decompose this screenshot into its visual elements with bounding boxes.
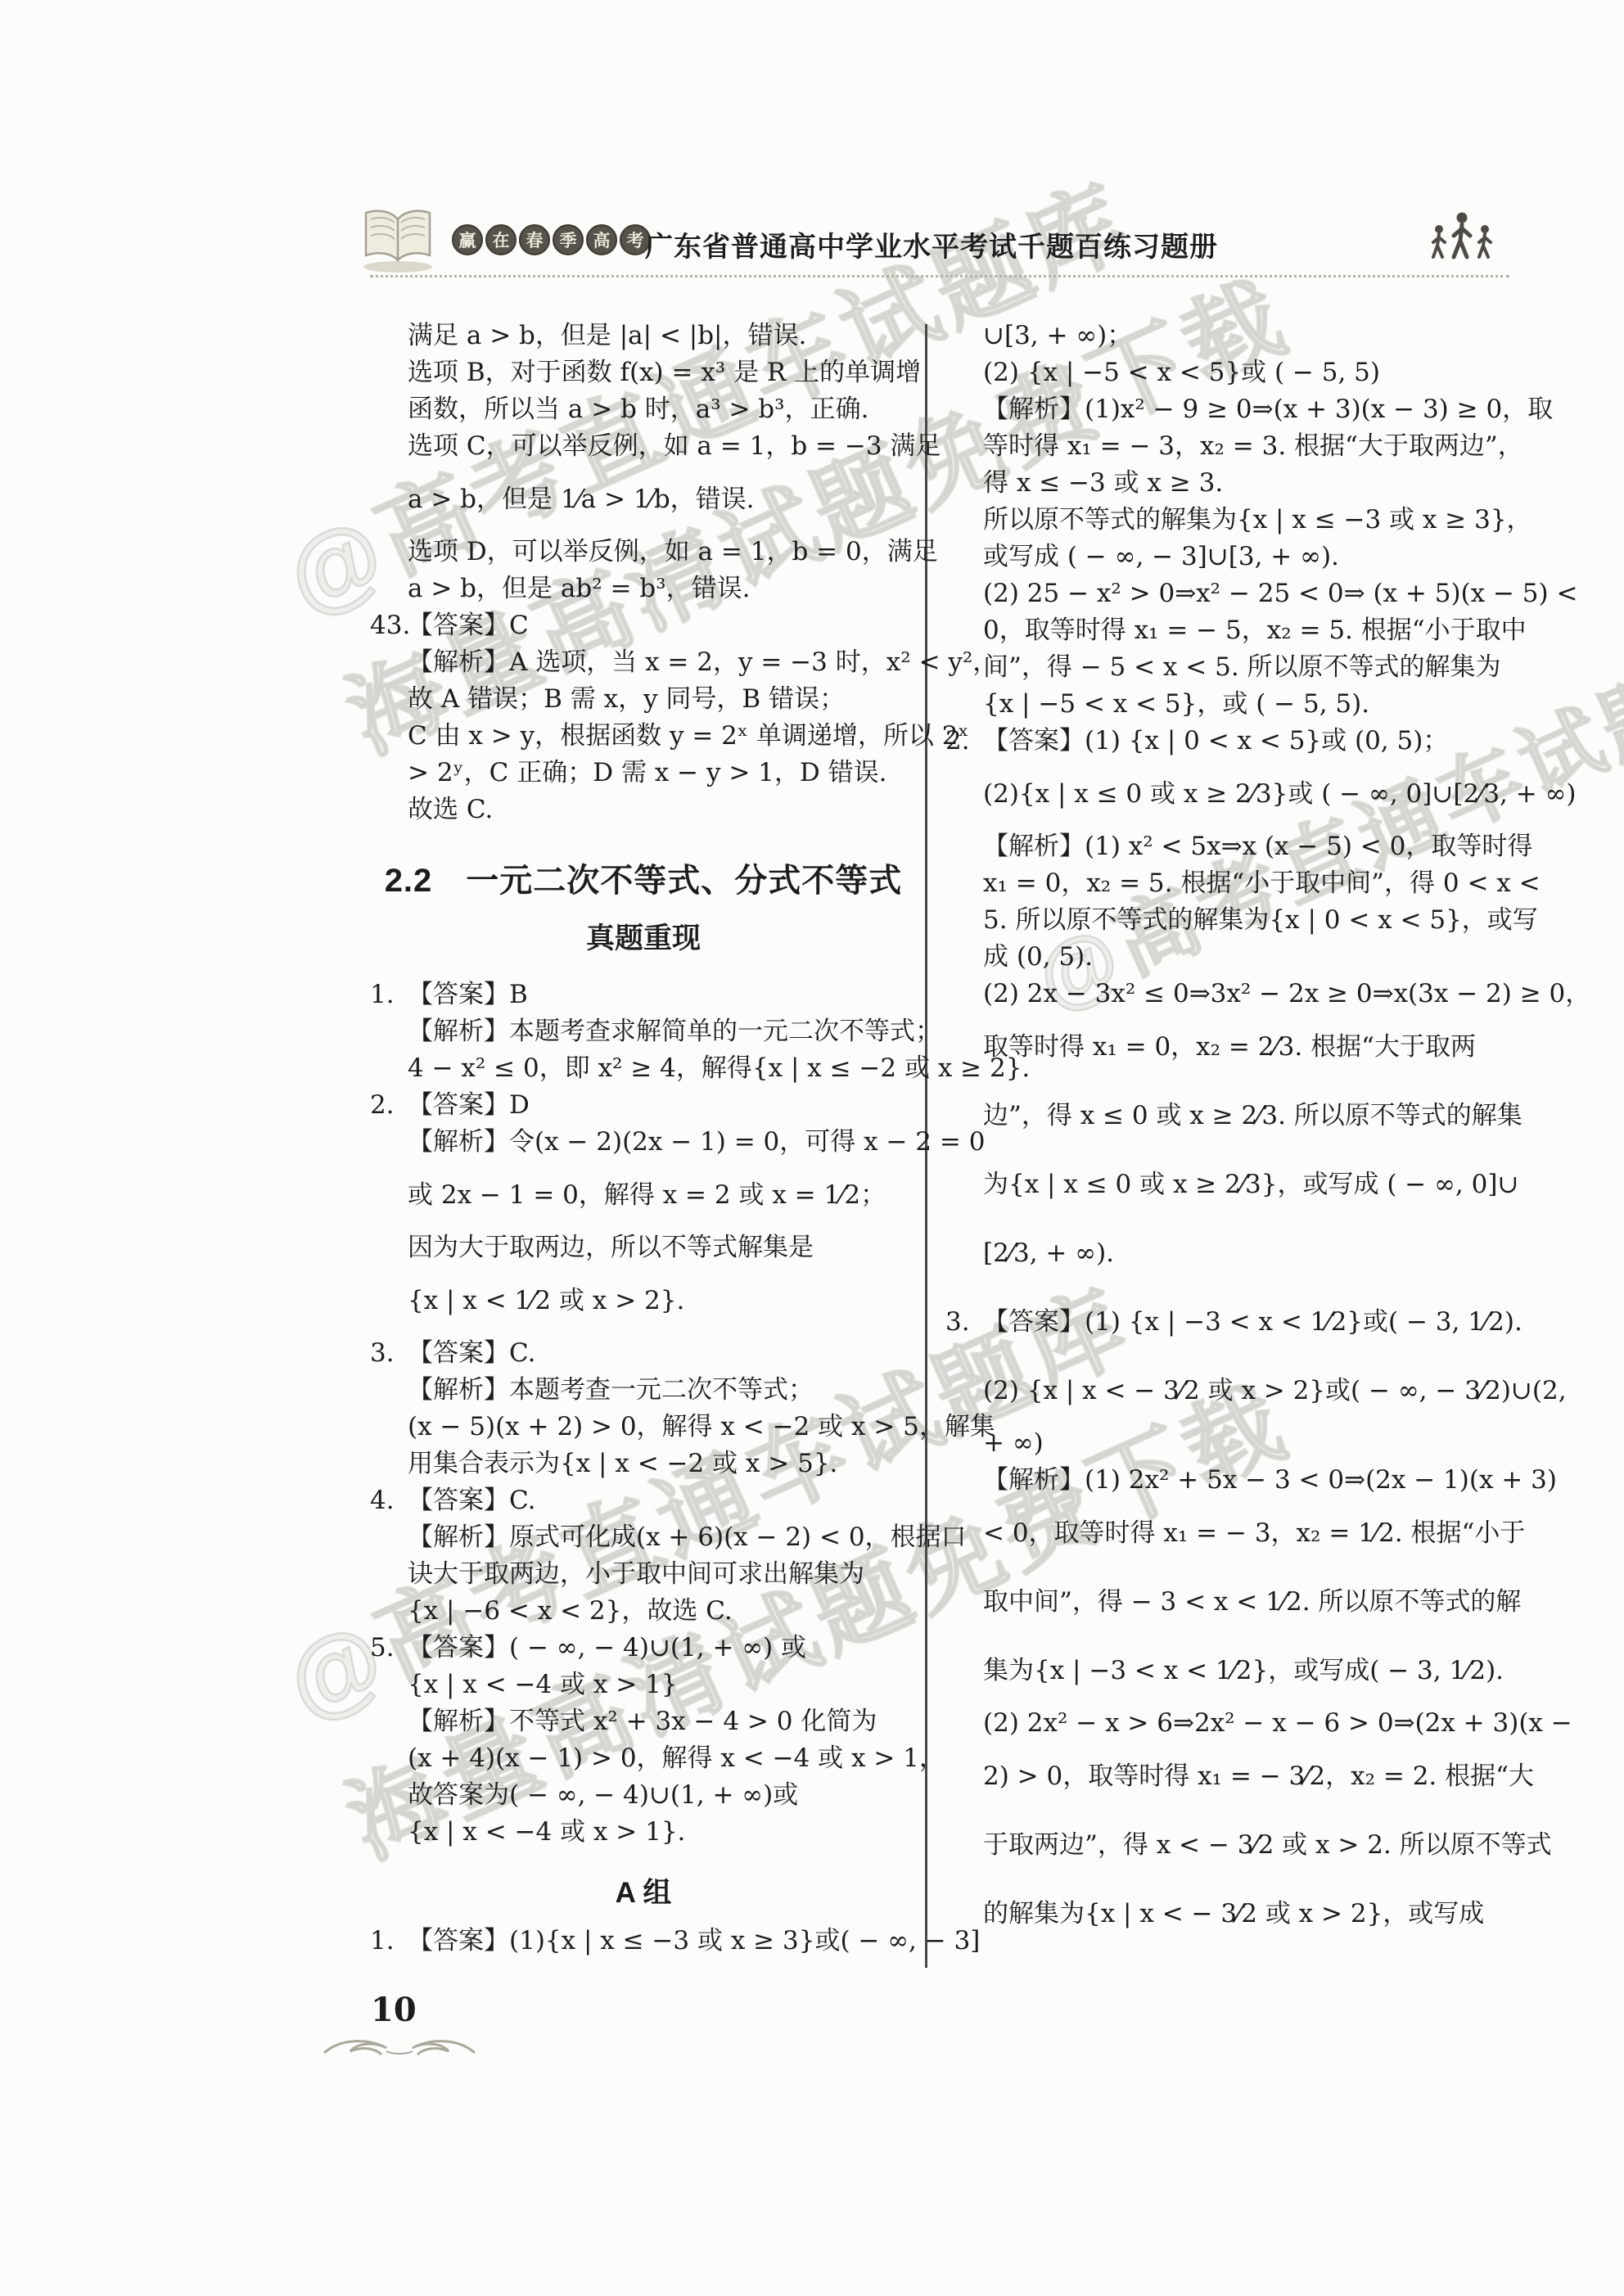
answer-line: 故答案为( − ∞, − 4)∪(1, + ∞)或 <box>370 1777 917 1814</box>
line-text: 间”，得 − 5 < x < 5. 所以原不等式的解集为 <box>983 652 1501 682</box>
answer-line: (2) 25 − x² > 0⇒x² − 25 < 0⇒ (x + 5)(x −… <box>945 575 1518 612</box>
line-text: 【答案】( − ∞, − 4)∪(1, + ∞) 或 <box>408 1633 806 1662</box>
answer-line: 取中间”，得 − 3 < x < 1⁄2. 所以原不等式的解 <box>945 1568 1518 1636</box>
line-text: C 由 x > y，根据函数 y = 2ˣ 单调递增，所以 2ˣ <box>408 721 969 751</box>
line-text: a > b，但是 1⁄a > 1⁄b，错误. <box>408 485 755 514</box>
answer-line: {x | x < 1⁄2 或 x > 2}. <box>370 1266 917 1335</box>
answer-line: 【解析】不等式 x² + 3x − 4 > 0 化简为 <box>370 1703 917 1740</box>
line-text: 的解集为{x | x < − 3⁄2 或 x > 2}，或写成 <box>983 1899 1484 1928</box>
line-text: {x | −6 < x < 2}，故选 C. <box>408 1596 733 1626</box>
line-text: (2) 2x − 3x² ≤ 0⇒3x² − 2x ≥ 0⇒x(3x − 2) … <box>983 979 1590 1008</box>
page-ornament-icon <box>318 2032 481 2066</box>
line-text: 【解析】(1) 2x² + 5x − 3 < 0⇒(2x − 1)(x + 3) <box>983 1465 1557 1495</box>
answer-line: < 0，取等时得 x₁ = − 3，x₂ = 1⁄2. 根据“小于 <box>945 1499 1518 1568</box>
item-number: 1. <box>370 1923 406 1960</box>
line-text: 边”，得 x ≤ 0 或 x ≥ 2⁄3. 所以原不等式的解集 <box>983 1101 1522 1130</box>
line-text: 或写成 ( − ∞, − 3]∪[3, + ∞). <box>983 542 1339 571</box>
line-text: ∪[3, + ∞)； <box>983 321 1132 350</box>
answer-line: 用集合表示为{x | x < −2 或 x > 5}. <box>370 1446 917 1482</box>
answer-line: a > b，但是 1⁄a > 1⁄b，错误. <box>370 465 917 534</box>
line-text: 得 x ≤ −3 或 x ≥ 3. <box>983 468 1223 498</box>
line-text: 取中间”，得 − 3 < x < 1⁄2. 所以原不等式的解 <box>983 1587 1521 1617</box>
answer-line: 或写成 ( − ∞, − 3]∪[3, + ∞). <box>945 539 1518 575</box>
answer-line: 1. 【答案】(1){x | x ≤ −3 或 x ≥ 3}或( − ∞, − … <box>370 1923 917 1960</box>
line-text: 4 − x² ≤ 0，即 x² ≥ 4，解得{x | x ≤ −2 或 x ≥ … <box>408 1053 1030 1083</box>
line-text: (2) 2x² − x > 6⇒2x² − x − 6 > 0⇒(2x + 3)… <box>983 1708 1572 1738</box>
answer-line: 函数，所以当 a > b 时，a³ > b³，正确. <box>370 391 917 428</box>
answer-line: 故选 C. <box>370 792 917 828</box>
answer-line: 【解析】本题考查一元二次不等式； <box>370 1372 917 1409</box>
answer-line: 所以原不等式的解集为{x | x ≤ −3 或 x ≥ 3}， <box>945 502 1518 539</box>
line-text: 【答案】(1) {x | −3 < x < 1⁄2}或( − 3, 1⁄2). <box>983 1307 1522 1337</box>
item-number: 2. <box>370 1087 406 1124</box>
answer-line: (2) {x | −5 < x < 5}或 ( − 5, 5) <box>945 354 1518 391</box>
line-text: x₁ = 0，x₂ = 5. 根据“小于取中间”，得 0 < x < <box>983 868 1541 898</box>
open-book-icon <box>360 206 435 275</box>
answer-line: 为{x | x ≤ 0 或 x ≥ 2⁄3}，或写成 ( − ∞, 0]∪ <box>945 1150 1518 1219</box>
line-text: 0，取等时得 x₁ = − 5，x₂ = 5. 根据“小于取中 <box>983 616 1527 645</box>
answer-line: 【解析】令(x − 2)(2x − 1) = 0，可得 x − 2 = 0 <box>370 1124 917 1161</box>
item-number: 4. <box>370 1482 406 1519</box>
series-badge: 季 <box>553 224 584 255</box>
line-text: (2) 25 − x² > 0⇒x² − 25 < 0⇒ (x + 5)(x −… <box>983 579 1577 608</box>
line-text: 【答案】B <box>408 980 528 1009</box>
right-column: ∪[3, + ∞)； (2) {x | −5 < x < 5}或 ( − 5, … <box>945 318 1518 1948</box>
answer-line: 3. 【答案】(1) {x | −3 < x < 1⁄2}或( − 3, 1⁄2… <box>945 1288 1518 1356</box>
answer-line: x₁ = 0，x₂ = 5. 根据“小于取中间”，得 0 < x < <box>945 865 1518 902</box>
answer-line: + ∞) <box>945 1425 1518 1462</box>
line-text: + ∞) <box>983 1428 1044 1458</box>
line-text: 【答案】C. <box>408 1338 535 1368</box>
answer-line: 2. 【答案】D <box>370 1087 917 1124</box>
line-text: 故选 C. <box>408 795 493 824</box>
answer-line: {x | −5 < x < 5}，或 ( − 5, 5). <box>945 686 1518 723</box>
answer-line: 故 A 错误；B 需 x，y 同号，B 错误； <box>370 681 917 718</box>
line-text: {x | −5 < x < 5}，或 ( − 5, 5). <box>983 689 1369 719</box>
exercise-answers: 1. 【答案】B 【解析】本题考查求解简单的一元二次不等式； 4 − x² ≤ … <box>370 977 917 1851</box>
line-text: a > b，但是 ab² = b³，错误. <box>408 574 750 603</box>
answer-line: 【解析】(1)x² − 9 ≥ 0⇒(x + 3)(x − 3) ≥ 0，取 <box>945 391 1518 428</box>
answer-line: 成 (0, 5). <box>945 939 1518 976</box>
left-column: 满足 a > b，但是 |a| < |b|，错误. 选项 B，对于函数 f(x)… <box>370 318 917 1960</box>
line-text: {x | x < −4 或 x > 1}. <box>408 1817 685 1847</box>
line-text: (x + 4)(x − 1) > 0，解得 x < −4 或 x > 1， <box>408 1743 945 1773</box>
answer-line: 的解集为{x | x < − 3⁄2 或 x > 2}，或写成 <box>945 1879 1518 1948</box>
answer-line: 选项 B，对于函数 f(x) = x³ 是 R 上的单调增 <box>370 354 917 391</box>
answer-line: {x | −6 < x < 2}，故选 C. <box>370 1593 917 1630</box>
answer-line: (x + 4)(x − 1) > 0，解得 x < −4 或 x > 1， <box>370 1740 917 1777</box>
answer-line: 等时得 x₁ = − 3，x₂ = 3. 根据“大于取两边”， <box>945 428 1518 465</box>
series-badge-row: 赢在春季高考 <box>452 224 651 255</box>
answer-line: 于取两边”，得 x < − 3⁄2 或 x > 2. 所以原不等式 <box>945 1811 1518 1879</box>
item-number: 3. <box>945 1288 981 1356</box>
item-number: 3. <box>370 1335 406 1372</box>
line-text: 【解析】A 选项，当 x = 2，y = −3 时，x² < y²， <box>408 647 998 677</box>
answer-line: (x − 5)(x + 2) > 0，解得 x < −2 或 x > 5，解集 <box>370 1409 917 1446</box>
answer-line: 【解析】(1) x² < 5x⇒x (x − 5) < 0，取等时得 <box>945 828 1518 865</box>
item-number: 2. <box>945 723 981 760</box>
answer-line: 1. 【答案】B <box>370 977 917 1013</box>
answer-line: 因为大于取两边，所以不等式解集是 <box>370 1229 917 1266</box>
line-text: 所以原不等式的解集为{x | x ≤ −3 或 x ≥ 3}， <box>983 505 1532 535</box>
answer-line: 【解析】A 选项，当 x = 2，y = −3 时，x² < y²， <box>370 644 917 681</box>
answer-line: 【解析】原式可化成(x + 6)(x − 2) < 0，根据口 <box>370 1519 917 1556</box>
answer-line: 集为{x | −3 < x < 1⁄2}，或写成( − 3, 1⁄2). <box>945 1636 1518 1705</box>
line-text: 2) > 0，取等时得 x₁ = − 3⁄2，x₂ = 2. 根据“大 <box>983 1761 1534 1791</box>
answer-line: 选项 C，可以举反例，如 a = 1，b = −3 满足 <box>370 428 917 465</box>
line-text: 或 2x − 1 = 0，解得 x = 2 或 x = 1⁄2； <box>408 1180 886 1210</box>
series-badge: 在 <box>485 224 517 255</box>
answer-line: 边”，得 x ≤ 0 或 x ≥ 2⁄3. 所以原不等式的解集 <box>945 1081 1518 1150</box>
group-a-title: A 组 <box>370 1870 917 1911</box>
line-text: 【解析】不等式 x² + 3x − 4 > 0 化简为 <box>408 1707 877 1736</box>
line-text: 【解析】令(x − 2)(2x − 1) = 0，可得 x − 2 = 0 <box>408 1127 985 1157</box>
line-text: (2) {x | −5 < x < 5}或 ( − 5, 5) <box>983 358 1380 387</box>
answer-line: 选项 D，可以举反例，如 a = 1，b = 0，满足 <box>370 534 917 571</box>
answer-line: (2) 2x² − x > 6⇒2x² − x − 6 > 0⇒(2x + 3)… <box>945 1705 1518 1742</box>
answer-line: > 2ʸ，C 正确；D 需 x − y > 1，D 错误. <box>370 755 917 792</box>
item-number: 5. <box>370 1630 406 1667</box>
subsection-title: 真题重现 <box>370 916 917 957</box>
answer-line: [2⁄3, + ∞). <box>945 1219 1518 1288</box>
line-text: [2⁄3, + ∞). <box>983 1238 1114 1268</box>
answer-line: 【解析】本题考查求解简单的一元二次不等式； <box>370 1013 917 1050</box>
answer-line: (2) {x | x < − 3⁄2 或 x > 2}或( − ∞, − 3⁄2… <box>945 1356 1518 1425</box>
answer-line: 3. 【答案】C. <box>370 1335 917 1372</box>
line-text: 选项 B，对于函数 f(x) = x³ 是 R 上的单调增 <box>408 358 921 387</box>
line-text: 【解析】(1)x² − 9 ≥ 0⇒(x + 3)(x − 3) ≥ 0，取 <box>983 395 1553 424</box>
answer-line: {x | x < −4 或 x > 1} <box>370 1667 917 1703</box>
answer-line: 5. 所以原不等式的解集为{x | 0 < x < 5}，或写 <box>945 902 1518 939</box>
series-badge: 高 <box>586 224 617 255</box>
answer-line: 0，取等时得 x₁ = − 5，x₂ = 5. 根据“小于取中 <box>945 612 1518 649</box>
line-text: (2) {x | x < − 3⁄2 或 x > 2}或( − ∞, − 3⁄2… <box>983 1376 1567 1405</box>
line-text: 于取两边”，得 x < − 3⁄2 或 x > 2. 所以原不等式 <box>983 1830 1552 1860</box>
line-text: 选项 D，可以举反例，如 a = 1，b = 0，满足 <box>408 537 938 566</box>
answer-line: ∪[3, + ∞)； <box>945 318 1518 354</box>
line-text: 故 A 错误；B 需 x，y 同号，B 错误； <box>408 684 845 714</box>
line-text: 故答案为( − ∞, − 4)∪(1, + ∞)或 <box>408 1780 798 1810</box>
line-text: > 2ʸ，C 正确；D 需 x − y > 1，D 错误. <box>408 758 886 787</box>
line-text: 因为大于取两边，所以不等式解集是 <box>408 1233 814 1262</box>
line-text: 诀大于取两边，小于取中间可求出解集为 <box>408 1559 864 1589</box>
line-text: 用集合表示为{x | x < −2 或 x > 5}. <box>408 1449 837 1478</box>
answer-line: 4 − x² ≤ 0，即 x² ≥ 4，解得{x | x ≤ −2 或 x ≥ … <box>370 1050 917 1087</box>
line-text: 【解析】本题考查求解简单的一元二次不等式； <box>408 1017 941 1046</box>
answer-line: 间”，得 − 5 < x < 5. 所以原不等式的解集为 <box>945 649 1518 686</box>
line-text: 【解析】原式可化成(x + 6)(x − 2) < 0，根据口 <box>408 1522 967 1552</box>
line-text: 5. 所以原不等式的解集为{x | 0 < x < 5}，或写 <box>983 905 1538 935</box>
line-text: 【答案】C <box>408 611 529 640</box>
answer-line: (2) 2x − 3x² ≤ 0⇒3x² − 2x ≥ 0⇒x(3x − 2) … <box>945 976 1518 1013</box>
line-text: 取等时得 x₁ = 0，x₂ = 2⁄3. 根据“大于取两 <box>983 1032 1476 1062</box>
line-text: 集为{x | −3 < x < 1⁄2}，或写成( − 3, 1⁄2). <box>983 1656 1504 1685</box>
answer-line: 取等时得 x₁ = 0，x₂ = 2⁄3. 根据“大于取两 <box>945 1013 1518 1081</box>
answer-line: 43. 【答案】C <box>370 607 917 644</box>
item-number: 43. <box>370 607 406 644</box>
answer-line: 5. 【答案】( − ∞, − 4)∪(1, + ∞) 或 <box>370 1630 917 1667</box>
group-a-answers: 1. 【答案】(1){x | x ≤ −3 或 x ≥ 3}或( − ∞, − … <box>370 1923 917 1960</box>
line-text: (2){x | x ≤ 0 或 x ≥ 2⁄3}或 ( − ∞, 0]∪[2⁄3… <box>983 779 1577 809</box>
line-text: 【答案】(1){x | x ≤ −3 或 x ≥ 3}或( − ∞, − 3] <box>408 1926 980 1955</box>
answer-line: 4. 【答案】C. <box>370 1482 917 1519</box>
answer-line: a > b，但是 ab² = b³，错误. <box>370 571 917 607</box>
line-text: 等时得 x₁ = − 3，x₂ = 3. 根据“大于取两边”， <box>983 431 1523 461</box>
answer-line: 【解析】(1) 2x² + 5x − 3 < 0⇒(2x − 1)(x + 3) <box>945 1462 1518 1499</box>
line-text: 满足 a > b，但是 |a| < |b|，错误. <box>408 321 806 350</box>
line-text: 【答案】D <box>408 1090 530 1120</box>
answer-line: 2) > 0，取等时得 x₁ = − 3⁄2，x₂ = 2. 根据“大 <box>945 1742 1518 1811</box>
answer-line: C 由 x > y，根据函数 y = 2ˣ 单调递增，所以 2ˣ <box>370 718 917 755</box>
page-number: 10 <box>371 1991 417 2029</box>
line-text: 【解析】(1) x² < 5x⇒x (x − 5) < 0，取等时得 <box>983 832 1532 861</box>
line-text: 【答案】C. <box>408 1486 535 1515</box>
answer-line: 满足 a > b，但是 |a| < |b|，错误. <box>370 318 917 354</box>
answer-line: 诀大于取两边，小于取中间可求出解集为 <box>370 1556 917 1593</box>
section-title: 2.2 一元二次不等式、分式不等式 <box>370 855 917 901</box>
line-text: 为{x | x ≤ 0 或 x ≥ 2⁄3}，或写成 ( − ∞, 0]∪ <box>983 1170 1518 1199</box>
runners-icon <box>1424 208 1500 268</box>
answer-line: {x | x < −4 或 x > 1}. <box>370 1814 917 1851</box>
line-text: {x | x < −4 或 x > 1} <box>408 1670 678 1699</box>
line-text: {x | x < 1⁄2 或 x > 2}. <box>408 1286 684 1315</box>
item-number: 1. <box>370 977 406 1013</box>
header-divider <box>370 275 1509 277</box>
carryover-solution: 满足 a > b，但是 |a| < |b|，错误. 选项 B，对于函数 f(x)… <box>370 318 917 828</box>
line-text: 【解析】本题考查一元二次不等式； <box>408 1375 814 1405</box>
line-text: 成 (0, 5). <box>983 942 1093 972</box>
header-title: 广东省普通高中学业水平考试千题百练习题册 <box>645 224 1218 264</box>
answer-line: 得 x ≤ −3 或 x ≥ 3. <box>945 465 1518 502</box>
line-text: 函数，所以当 a > b 时，a³ > b³，正确. <box>408 395 868 424</box>
line-text: 【答案】(1) {x | 0 < x < 5}或 (0, 5)； <box>983 726 1448 756</box>
answer-line: 或 2x − 1 = 0，解得 x = 2 或 x = 1⁄2； <box>370 1161 917 1229</box>
line-text: < 0，取等时得 x₁ = − 3，x₂ = 1⁄2. 根据“小于 <box>983 1518 1525 1548</box>
series-badge: 春 <box>519 224 550 255</box>
line-text: 选项 C，可以举反例，如 a = 1，b = −3 满足 <box>408 431 941 461</box>
series-badge: 赢 <box>452 224 483 255</box>
answer-line: 2. 【答案】(1) {x | 0 < x < 5}或 (0, 5)； <box>945 723 1518 760</box>
line-text: (x − 5)(x + 2) > 0，解得 x < −2 或 x > 5，解集 <box>408 1412 995 1441</box>
answer-line: (2){x | x ≤ 0 或 x ≥ 2⁄3}或 ( − ∞, 0]∪[2⁄3… <box>945 760 1518 828</box>
